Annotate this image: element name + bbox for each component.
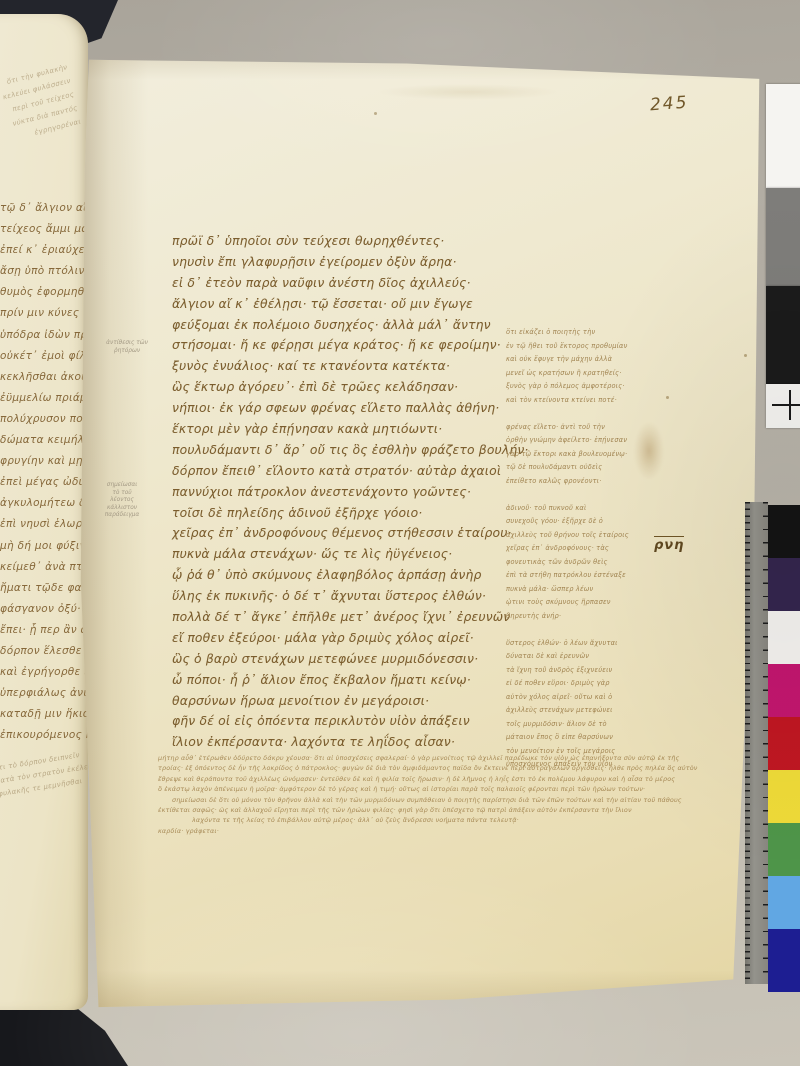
scholia-line: δύναται δὲ καὶ ἐρευνῶν bbox=[506, 652, 658, 666]
page-bottom-shade bbox=[78, 970, 762, 1010]
colour-patch bbox=[768, 611, 800, 664]
facing-text-line: πρίν μιν κύνες ἀργοὶ ἔδονται· bbox=[0, 307, 82, 328]
parchment-speck bbox=[374, 112, 377, 115]
facing-text-line: δόρπον ἕλεσθε κατὰ στρατόν bbox=[0, 645, 82, 666]
scholia-line: τὰ ἴχνη τοῦ ἀνδρὸς ἐξιχνεύειν bbox=[506, 666, 658, 680]
colour-patch bbox=[768, 770, 800, 823]
verse-line: χεῖρας ἐπ᾽ ἀνδροφόνους θέμενος στήθεσσιν… bbox=[172, 526, 517, 547]
left-margin-note: σημείωσαι τὸ τοῦ λέοντος κάλλιστον παράδ… bbox=[94, 482, 150, 520]
scholia-line: μάταιον ἔπος ὃ εἶπε θαρσύνων bbox=[506, 733, 658, 747]
verse-line: ᾧ ῥά θ᾽ ὑπὸ σκύμνους ἐλαφηβόλος ἁρπάσῃ ἀ… bbox=[172, 568, 517, 589]
facing-text-line: μὴ δή μοι φύξιν γε bbox=[0, 540, 82, 561]
verse-line: πουλυδάμαντι δ᾽ ἄρ᾽ οὔ τις ὃς ἐσθλὴν φρά… bbox=[172, 443, 517, 464]
verse-line: παννύχιοι πάτροκλον ἀνεστενάχοντο γοῶντε… bbox=[172, 485, 517, 506]
scholia-line: αὐτὸν χόλος αἱρεῖ· οὕτω καὶ ὁ bbox=[506, 693, 658, 707]
parchment-stain bbox=[378, 84, 558, 100]
facing-text-line: καὶ ἐγρήγορθε ἕκαστος· bbox=[0, 666, 82, 687]
facing-text-line: ἔπει· ᾗ περ ἂν ἀμφιμάχωμαι bbox=[0, 624, 82, 645]
scholia-line: καὶ οὐκ ἔφυγε τὴν μάχην ἀλλὰ bbox=[506, 355, 658, 369]
scholia-line: ἀχιλλεὺς τοῦ θρήνου τοῖς ἑταίροις bbox=[506, 531, 658, 545]
facing-page-text-column: τῷ δ᾽ ἄλγιον αἴ κ᾽ ἐθέλῃσιντείχεος ἄμμι … bbox=[0, 202, 82, 750]
quire-numeral: ρνη bbox=[654, 536, 684, 553]
verse-line: ἕκτορι μὲν γὰρ ἐπῄνησαν κακὰ μητιόωντι· bbox=[172, 422, 517, 443]
folio-number: 245 bbox=[649, 93, 689, 116]
verse-line: φῆν δέ οἱ εἰς ὀπόεντα περικλυτὸν υἱὸν ἀπ… bbox=[172, 714, 517, 735]
verse-line: τοῖσι δὲ πηλείδης ἁδινοῦ ἐξῆρχε γόοιο· bbox=[172, 506, 517, 527]
facing-text-line: φάσγανον ὀξύ· οὐ γὰρ ἔγωγ᾽ bbox=[0, 603, 82, 624]
facing-text-line: ὑπόδρα ἰδὼν προσέφη bbox=[0, 329, 82, 350]
verse-line: ἄλγιον αἴ κ᾽ ἐθέλῃσι· τῷ ἔσσεται· οὔ μιν… bbox=[172, 297, 517, 318]
verse-line: εἰ δ᾽ ἐτεὸν παρὰ ναῦφιν ἀνέστη δῖος ἀχιλ… bbox=[172, 276, 517, 297]
scholia-line bbox=[506, 409, 658, 423]
verse-line: δόρπον ἔπειθ᾽ εἵλοντο κατὰ στρατόν· αὐτὰ… bbox=[172, 464, 517, 485]
verse-line: πρῶϊ δ᾽ ὑπηοῖοι σὺν τεύχεσι θωρηχθέντες· bbox=[172, 234, 517, 255]
bottom-scholia-block: μήτηρ αὖθ᾽ ἑτέρωθεν ὀδύρετο δάκρυ χέουσα… bbox=[158, 754, 706, 837]
facing-text-line: ἐπικουρόμενος ἦλθεν bbox=[0, 729, 82, 750]
scholia-line: ξυνὸς γὰρ ὁ πόλεμος ἀμφοτέροις· bbox=[506, 382, 658, 396]
scholia-line: γὰρ τῷ ἕκτορι κακὰ βουλευομένῳ· bbox=[506, 450, 658, 464]
facing-text-line: πολύχρυσον πολύχαλκον bbox=[0, 413, 82, 434]
colour-patch bbox=[768, 664, 800, 717]
colour-patch bbox=[768, 717, 800, 770]
scholia-line: ᾧτινι τοὺς σκύμνους ἥρπασεν bbox=[506, 598, 658, 612]
scholia-line: καρδία· γράφεται· bbox=[158, 827, 706, 837]
greyscale-calibration-strip bbox=[766, 84, 800, 428]
colour-patch bbox=[768, 823, 800, 876]
scholia-line: τοῖς μυρμιδόσιν· ἅλιον δὲ τὸ bbox=[506, 720, 658, 734]
facing-text-line: ἄσῃ ὑπὸ πτόλιν ἠλασκάζων· bbox=[0, 265, 82, 286]
scholia-line: καὶ τὸν κτείνοντα κτείνει ποτέ· bbox=[506, 396, 658, 410]
greyscale-patch bbox=[766, 286, 800, 384]
scholia-line: μήτηρ αὖθ᾽ ἑτέρωθεν ὀδύρετο δάκρυ χέουσα… bbox=[158, 754, 706, 764]
colour-patch bbox=[768, 505, 800, 558]
photographic-ruler: 1234567891011121314 bbox=[745, 502, 768, 984]
verse-line: στήσομαι· ἤ κε φέρῃσι μέγα κράτος· ἤ κε … bbox=[172, 338, 517, 359]
registration-crosshair-icon bbox=[789, 390, 791, 420]
scholia-line: ὅτι εἰκάζει ὁ ποιητὴς τὴν bbox=[506, 328, 658, 342]
scholia-line: ὃ ἑκάστῳ λαχὸν ἀπένειμεν ἡ μοῖρα· ἀμφότε… bbox=[158, 785, 706, 795]
scholia-line: θηρευτὴς ἀνήρ· bbox=[506, 612, 658, 626]
facing-page-edge: ὅτι τὴν φυλακὴνκελεύει φυλάσσεινπερὶ τοῦ… bbox=[0, 14, 88, 1010]
scholia-line: μενεῖ ὡς κρατήσων ἢ κρατηθείς· bbox=[506, 369, 658, 383]
parchment-speck bbox=[744, 354, 747, 357]
left-margin-note: ἀντίθεσις τῶν ῥητόρων bbox=[98, 340, 156, 355]
scholia-line: εἰ δέ ποθεν εὕροι· δριμὺς γὰρ bbox=[506, 679, 658, 693]
scholia-line bbox=[506, 490, 658, 504]
facing-text-line: ὑπερφιάλως ἀνιάζει bbox=[0, 687, 82, 708]
scholia-line: ἐν τῷ ἤθει τοῦ ἕκτορος προθυμίαν bbox=[506, 342, 658, 356]
facing-text-line: τῷ δ᾽ ἄλγιον αἴ κ᾽ ἐθέλῃσιν bbox=[0, 202, 82, 223]
registration-crosshair-icon bbox=[772, 404, 800, 406]
facing-page-bottom-scholia: ὅτι τὸ δόρπον δειπνεῖνκατὰ τὸν στρατὸν ἐ… bbox=[0, 752, 81, 803]
greyscale-patch bbox=[766, 84, 800, 188]
facing-text-line: ἐπεὶ μέγας ὠδύσατο ζεύς· bbox=[0, 476, 82, 497]
verse-line: ὣς ὁ βαρὺ στενάχων μετεφώνεε μυρμιδόνεσσ… bbox=[172, 652, 517, 673]
scholia-line: σημείωσαι δὲ ὅτι οὐ μόνον τὸν θρῆνον ἀλλ… bbox=[172, 796, 706, 806]
right-margin-scholia: ὅτι εἰκάζει ὁ ποιητὴς τὴνἐν τῷ ἤθει τοῦ … bbox=[506, 328, 658, 774]
facing-text-line: ἤματι τῷδε φανήσεται bbox=[0, 582, 82, 603]
scholia-line: συνεχοῦς γόου· ἐξῆρχε δὲ ὁ bbox=[506, 517, 658, 531]
scholia-line: ἀχιλλεὺς στενάχων μετεφώνει bbox=[506, 706, 658, 720]
main-text-block: πρῶϊ δ᾽ ὑπηοῖοι σὺν τεύχεσι θωρηχθέντες·… bbox=[172, 234, 517, 756]
facing-text-line: κεκλῆσθαι ἀκουέμεν bbox=[0, 371, 82, 392]
scholia-line: ἐπὶ τὰ στήθη πατρόκλου ἐστέναξε bbox=[506, 571, 658, 585]
facing-text-line: τείχεος ἄμμι μάχεσθαι· bbox=[0, 223, 82, 244]
scholia-line: ἁδινοῦ· τοῦ πυκνοῦ καὶ bbox=[506, 504, 658, 518]
verse-line: πολλὰ δέ τ᾽ ἄγκε᾽ ἐπῆλθε μετ᾽ ἀνέρος ἴχν… bbox=[172, 610, 517, 631]
parchment-speck bbox=[666, 396, 669, 399]
colour-patch bbox=[768, 558, 800, 611]
facing-text-line: θυμὸς ἐφορμηθῆναι ἐάσει· bbox=[0, 286, 82, 307]
colour-calibration-bar bbox=[768, 505, 800, 992]
scholia-line: ἐπείθετο καλῶς φρονέοντι· bbox=[506, 477, 658, 491]
manuscript-page: 245 πρῶϊ δ᾽ ὑπηοῖοι σὺν τεύχεσι θωρηχθέν… bbox=[78, 54, 762, 1010]
verse-line: θαρσύνων ἥρωα μενοίτιον ἐν μεγάροισι· bbox=[172, 694, 517, 715]
page-top-shade bbox=[78, 54, 762, 80]
verse-line: ὣς ἕκτωρ ἀγόρευ᾽· ἐπὶ δὲ τρῶες κελάδησαν… bbox=[172, 380, 517, 401]
gutter-shadow bbox=[78, 54, 148, 1010]
scholia-line: ὀρθὴν γνώμην ἀφείλετο· ἐπῄνεσαν bbox=[506, 436, 658, 450]
facing-page-top-scholia: ὅτι τὴν φυλακὴνκελεύει φυλάσσεινπερὶ τοῦ… bbox=[0, 63, 83, 151]
scholia-line: ὕστερος ἐλθών· ὁ λέων ἄχνυται bbox=[506, 639, 658, 653]
colour-patch bbox=[768, 929, 800, 992]
facing-text-line: οὐκέτ᾽ ἐμοὶ φίλα ταῦτ᾽ bbox=[0, 350, 82, 371]
scholia-line: ἔθρεψε καὶ θεράποντα τοῦ ἀχιλλέως ὠνόμασ… bbox=[158, 775, 706, 785]
facing-text-line: ἀγκυλομήτεω δῶκεν bbox=[0, 497, 82, 518]
verse-line: ὦ πόποι· ἦ ῥ᾽ ἅλιον ἔπος ἔκβαλον ἤματι κ… bbox=[172, 673, 517, 694]
verse-line: εἴ ποθεν ἐξεύροι· μάλα γὰρ δριμὺς χόλος … bbox=[172, 631, 517, 652]
greyscale-patch bbox=[766, 188, 800, 286]
verse-line: πυκνὰ μάλα στενάχων· ὥς τε λὶς ἠϋγένειος… bbox=[172, 547, 517, 568]
greyscale-patch bbox=[766, 384, 800, 428]
facing-text-line: καταδῇ μιν ἥκιστα bbox=[0, 708, 82, 729]
scholia-line: τροίας· ἐξ ὀπόεντος δὲ ἦν τῆς λοκρίδος ὁ… bbox=[158, 764, 706, 774]
facing-text-line: ἐϋμμελίω πριάμοιο bbox=[0, 392, 82, 413]
facing-text-line: ἐπεί κ᾽ ἐριαύχενας ἵππους bbox=[0, 244, 82, 265]
scholia-line bbox=[506, 625, 658, 639]
verse-line: ξυνὸς ἐνυάλιος· καί τε κτανέοντα κατέκτα… bbox=[172, 359, 517, 380]
verse-line: ὕλης ἐκ πυκινῆς· ὁ δέ τ᾽ ἄχνυται ὕστερος… bbox=[172, 589, 517, 610]
verse-line: φεύξομαι ἐκ πολέμοιο δυσηχέος· ἀλλὰ μάλ᾽… bbox=[172, 318, 517, 339]
scholia-line: φρένας εἵλετο· ἀντὶ τοῦ τὴν bbox=[506, 423, 658, 437]
facing-text-line: φρυγίην καὶ μῃονίην bbox=[0, 455, 82, 476]
scholia-line: τῷ δὲ πουλυδάμαντι οὐδεὶς bbox=[506, 463, 658, 477]
facing-text-line: ἐπὶ νηυσὶ ἑλωρία τεῦξαι bbox=[0, 518, 82, 539]
facing-text-line: κείμεθ᾽ ἀνὰ πτόλιν αἰπύ τε bbox=[0, 561, 82, 582]
photograph-of-manuscript: ὅτι τὴν φυλακὴνκελεύει φυλάσσεινπερὶ τοῦ… bbox=[0, 0, 800, 1066]
scholia-line: ἐκτίθεται σαφῶς· ὡς καὶ ἀλλαχοῦ εἴρηται … bbox=[158, 806, 706, 816]
scholia-line: πυκνὰ μάλα· ὥσπερ λέων bbox=[506, 585, 658, 599]
verse-line: νηυσὶν ἔπι γλαφυρῇσιν ἐγείρομεν ὀξὺν ἄρη… bbox=[172, 255, 517, 276]
facing-text-line: δώματα κειμήλια καλά· bbox=[0, 434, 82, 455]
verse-line: νήπιοι· ἐκ γάρ σφεων φρένας εἵλετο παλλὰ… bbox=[172, 401, 517, 422]
scholia-line: χεῖρας ἐπ᾽ ἀνδροφόνους· τὰς bbox=[506, 544, 658, 558]
scholia-line: φονευτικὰς τῶν ἀνδρῶν θεὶς bbox=[506, 558, 658, 572]
ruler-numbers: 1234567891011121314 bbox=[750, 502, 763, 984]
scholia-line: λαχόντα τε τῆς λείας τὸ ἐπιβάλλον αὐτῷ μ… bbox=[192, 816, 706, 826]
colour-patch bbox=[768, 876, 800, 929]
